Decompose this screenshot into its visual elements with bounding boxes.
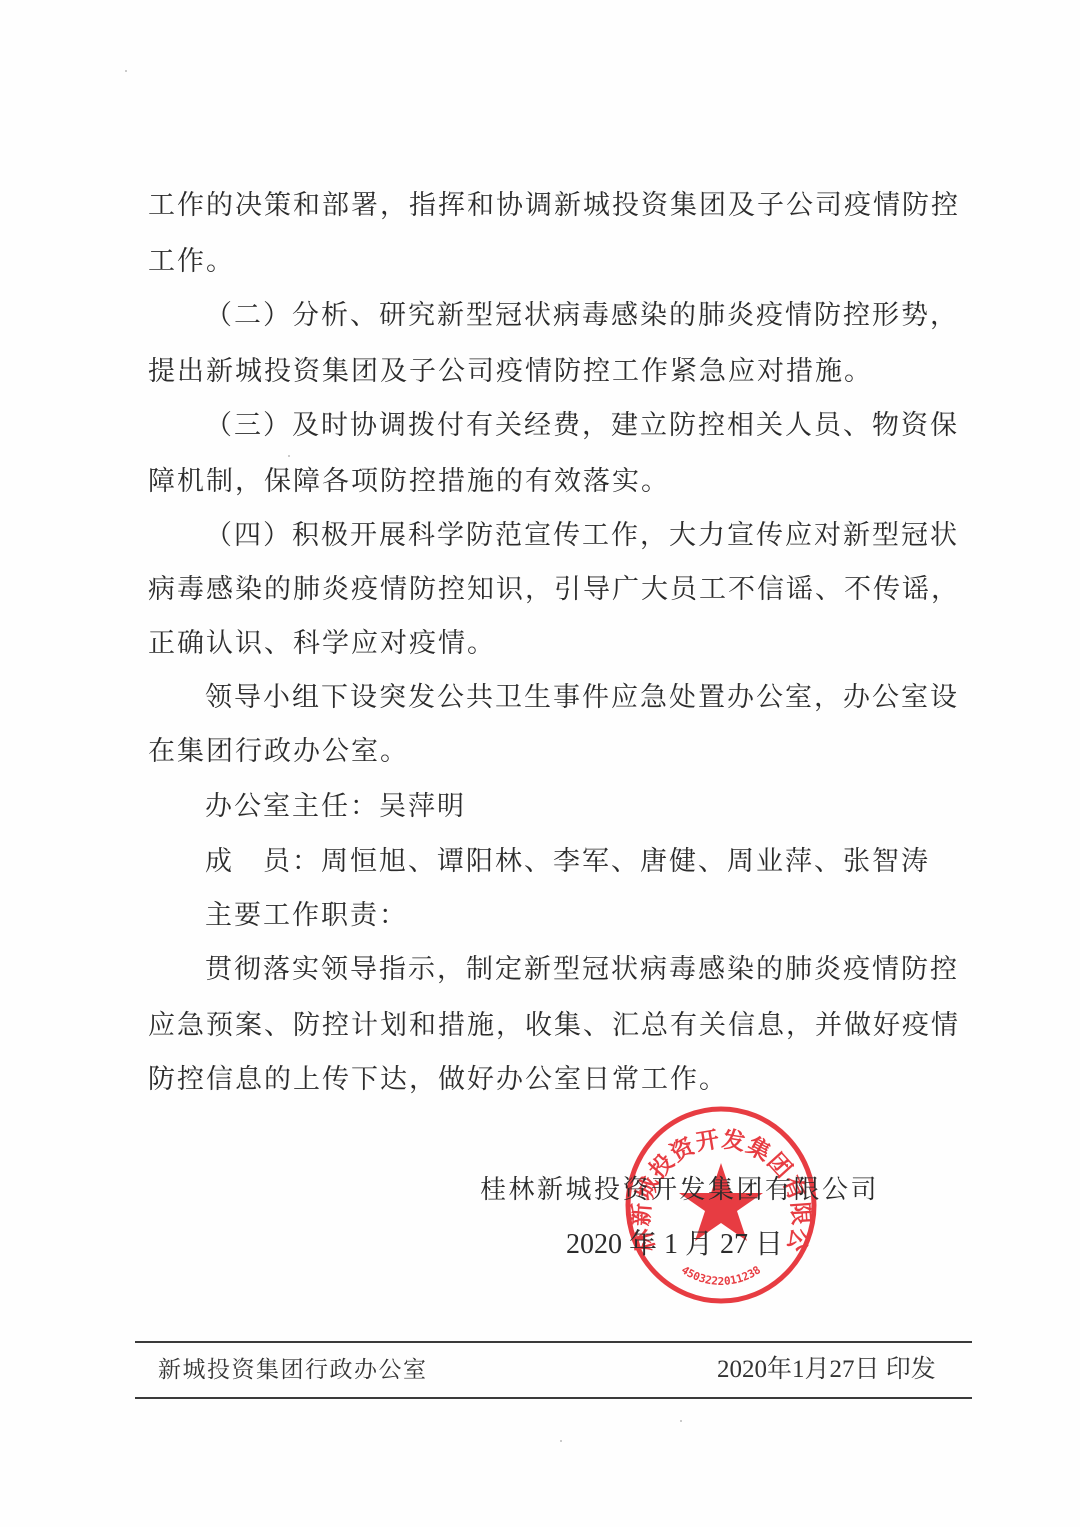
body-line-item-4: （四）积极开展科学防范宣传工作，大力宣传应对新型冠状: [205, 520, 1035, 552]
footer-issue-date: 2020年1月27日 印发: [717, 1354, 936, 1386]
footer-issuer: 新城投资集团行政办公室: [158, 1354, 428, 1386]
body-line-item-3: （三）及时协调拨付有关经费，建立防控相关人员、物资保: [205, 410, 1035, 442]
scan-speck: [560, 1440, 562, 1442]
body-line: 工作。: [148, 246, 978, 278]
body-line: 防控信息的上传下达，做好办公室日常工作。: [148, 1064, 978, 1096]
body-line: 应急预案、防控计划和措施，收集、汇总有关信息，并做好疫情: [148, 1010, 978, 1042]
office-members-line: 成 员：周恒旭、谭阳林、李军、唐健、周业萍、张智涛: [205, 846, 1035, 878]
scan-speck: [680, 1420, 682, 1422]
office-director-line: 办公室主任：吴萍明: [205, 791, 1035, 823]
body-line: 提出新城投资集团及子公司疫情防控工作紧急应对措施。: [148, 356, 978, 388]
body-line: 工作的决策和部署，指挥和协调新城投资集团及子公司疫情防控: [148, 190, 978, 222]
body-line: 病毒感染的肺炎疫情防控知识，引导广大员工不信谣、不传谣，: [148, 574, 978, 606]
body-line-duties: 贯彻落实领导指示，制定新型冠状病毒感染的肺炎疫情防控: [205, 954, 1035, 986]
signature-company: 桂林新城投资开发集团有限公司: [480, 1174, 879, 1206]
svg-text:4503222011238: 4503222011238: [679, 1263, 763, 1288]
scan-speck: [125, 70, 127, 72]
body-line: 正确认识、科学应对疫情。: [148, 628, 978, 660]
footer-rule-top: [135, 1341, 972, 1343]
body-line-office-setup: 领导小组下设突发公共卫生事件应急处置办公室，办公室设: [205, 682, 1035, 714]
body-line-item-2: （二）分析、研究新型冠状病毒感染的肺炎疫情防控形势，: [205, 300, 1035, 332]
body-line: 在集团行政办公室。: [148, 736, 978, 768]
seal-code: 4503222011238: [679, 1263, 763, 1288]
footer-rule-bottom: [135, 1397, 972, 1399]
body-line: 障机制，保障各项防控措施的有效落实。: [148, 466, 978, 498]
scan-speck: [288, 455, 290, 457]
signature-date: 2020 年 1 月 27 日: [566, 1229, 783, 1261]
document-page: 工作的决策和部署，指挥和协调新城投资集团及子公司疫情防控 工作。 （二）分析、研…: [0, 0, 1080, 1527]
main-duties-heading: 主要工作职责：: [205, 900, 1035, 932]
